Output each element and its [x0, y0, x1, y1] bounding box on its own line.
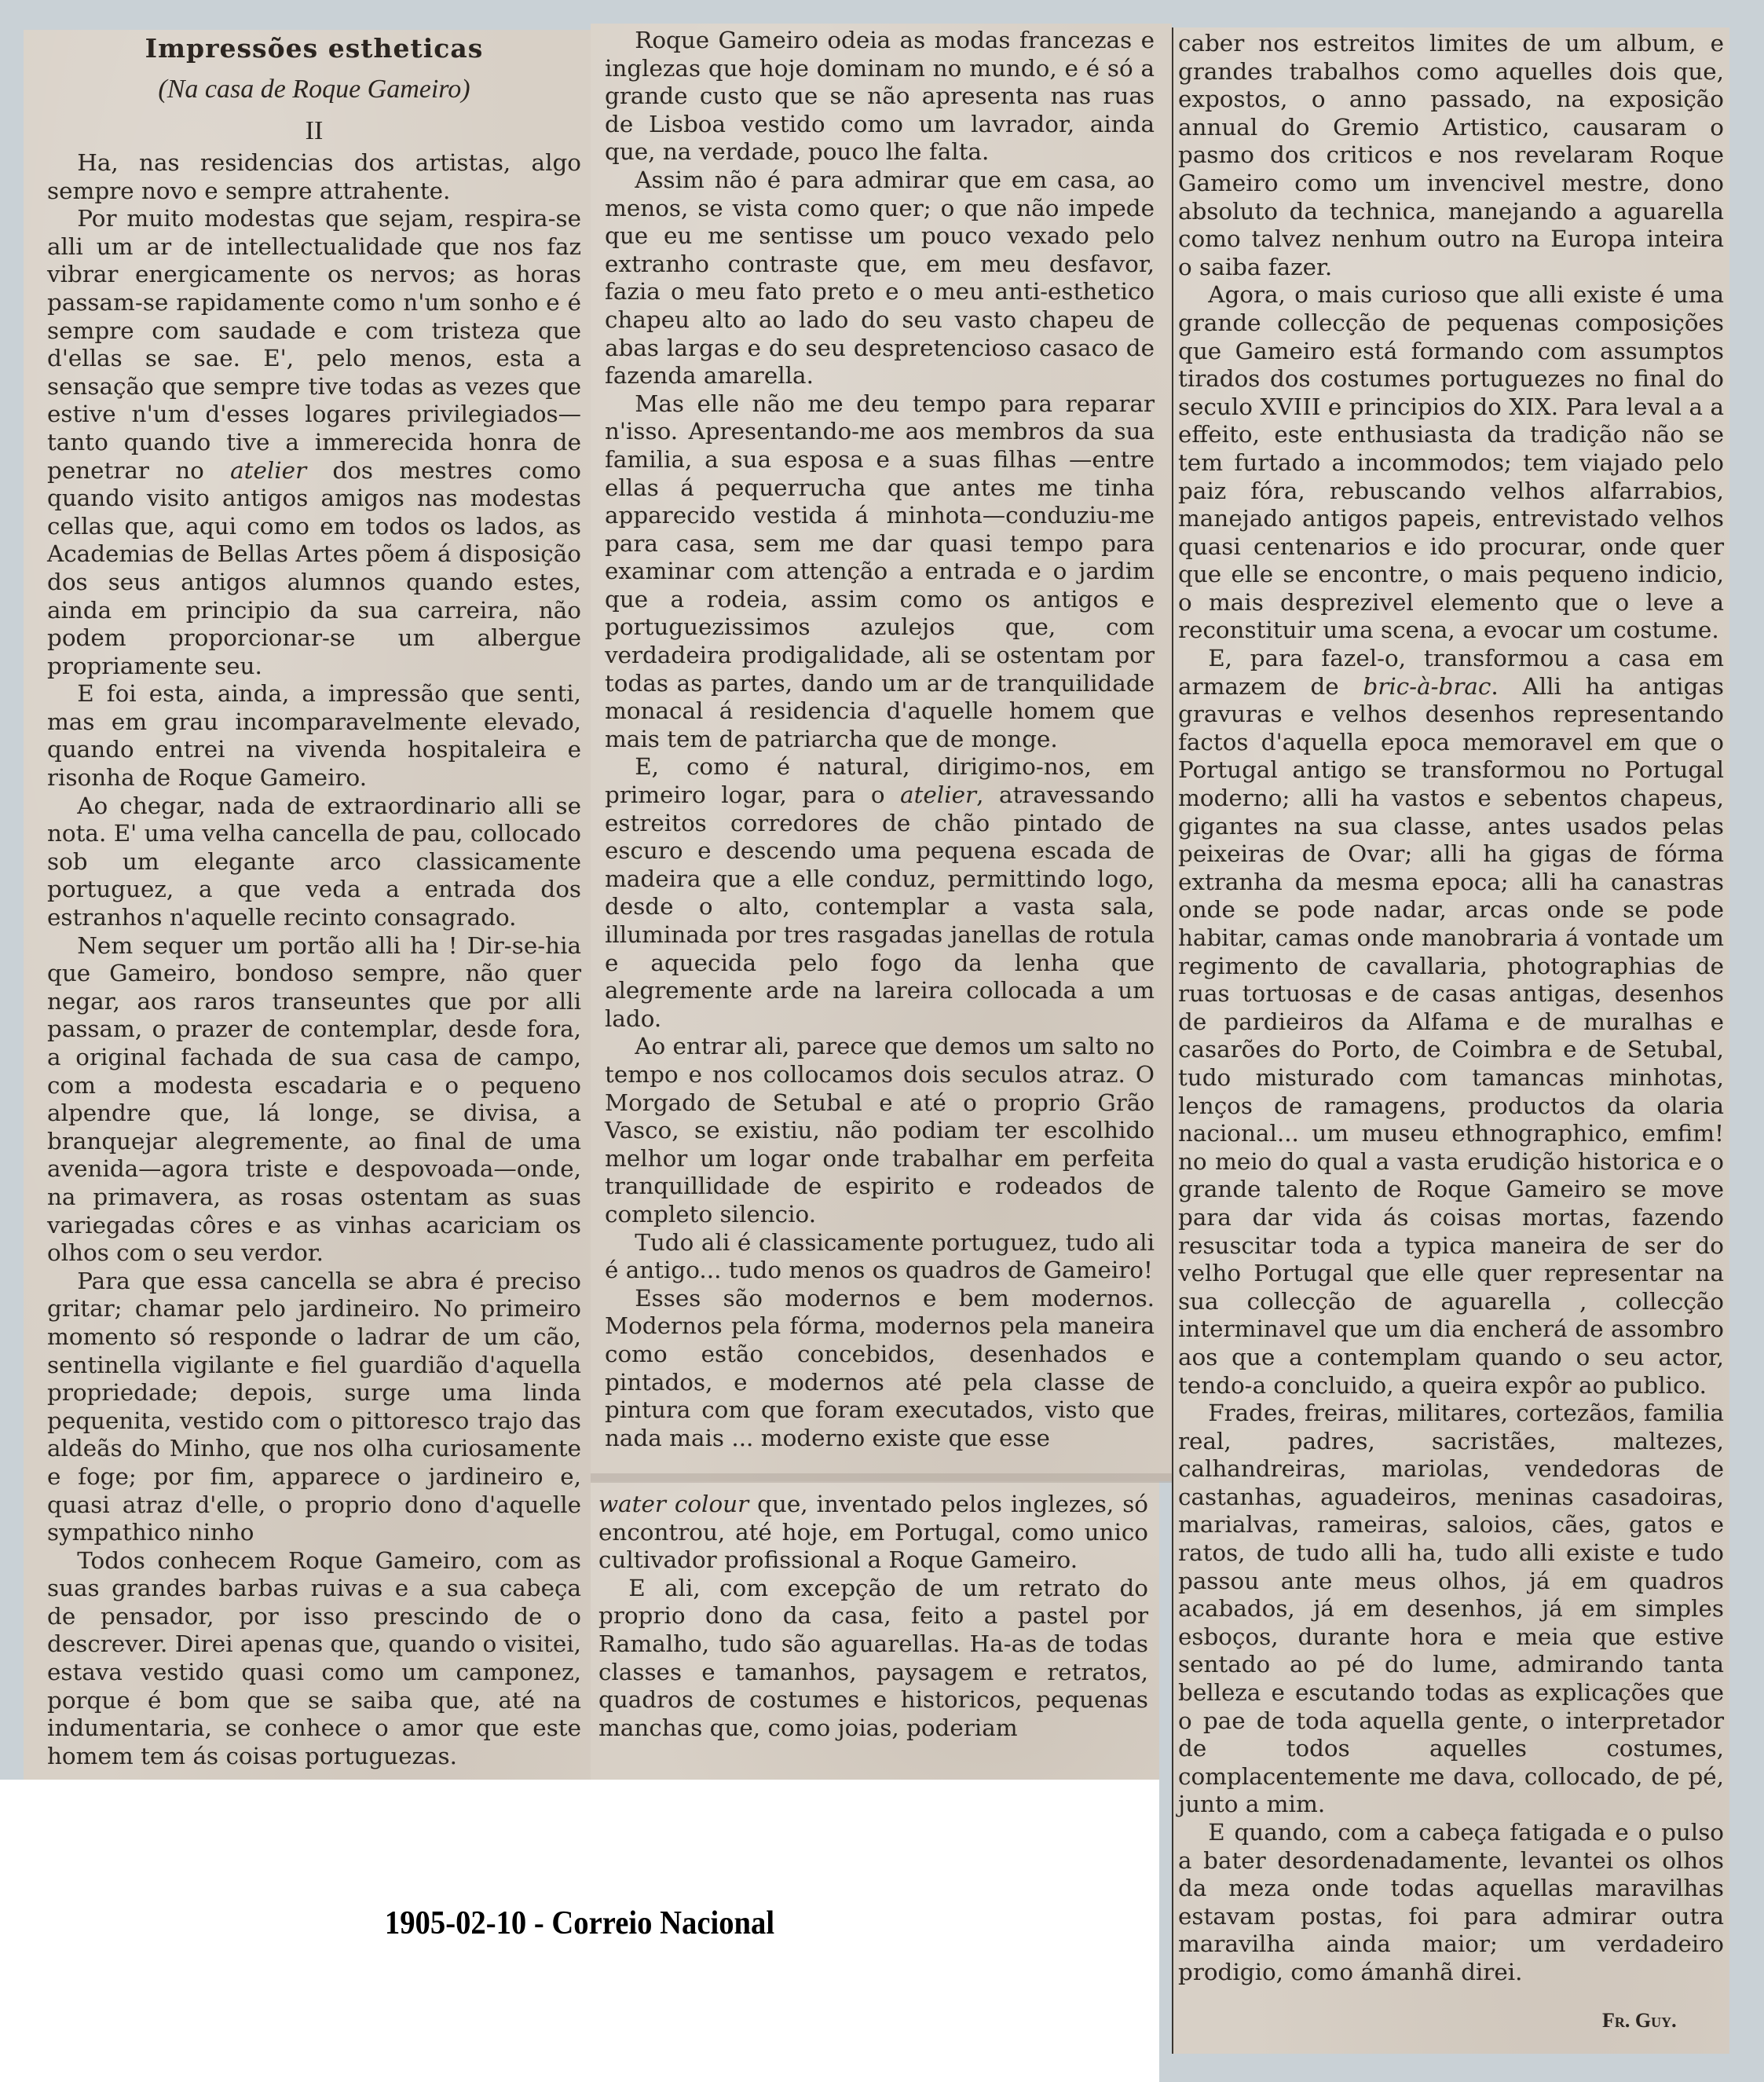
paragraph: Ao entrar ali, parece que demos um salto…: [605, 1033, 1155, 1228]
column-2-text: Roque Gameiro odeia as modas francezas e…: [605, 27, 1155, 1452]
paragraph: Frades, freiras, militares, cortezãos, f…: [1178, 1400, 1724, 1819]
paragraph: Ha, nas residencias dos artistas, algo s…: [47, 149, 581, 205]
paragraph: E, como é natural, dirigimo-nos, em prim…: [605, 753, 1155, 1033]
article-subtitle: (Na casa de Roque Gameiro): [47, 75, 581, 104]
paragraph: caber nos estreitos limites de um album,…: [1178, 30, 1724, 281]
paragraph: water colour que, inventado pelos inglez…: [598, 1491, 1148, 1575]
paragraph: Mas elle não me deu tempo para reparar n…: [605, 390, 1155, 754]
paragraph: Esses são modernos e bem modernos. Moder…: [605, 1285, 1155, 1453]
column-2-lower-text: water colour que, inventado pelos inglez…: [598, 1491, 1148, 1742]
paragraph: Para que essa cancella se abra é preciso…: [47, 1268, 581, 1547]
paragraph: Nem sequer um portão alli ha ! Dir-se-hi…: [47, 932, 581, 1268]
paragraph: Assim não é para admirar que em casa, ao…: [605, 166, 1155, 390]
column-3-text: caber nos estreitos limites de um album,…: [1178, 30, 1724, 1987]
paragraph: E quando, com a cabeça fatigada e o puls…: [1178, 1819, 1724, 1987]
paper-fold: [591, 1473, 1172, 1483]
paragraph: E ali, com excepção de um retrato do pro…: [598, 1575, 1148, 1743]
paragraph: Tudo ali é classicamente portuguez, tudo…: [605, 1229, 1155, 1285]
paragraph: Roque Gameiro odeia as modas francezas e…: [605, 27, 1155, 166]
paragraph: Por muito modestas que sejam, respira-se…: [47, 205, 581, 680]
paragraph: Agora, o mais curioso que alli existe é …: [1178, 281, 1724, 645]
article-title: Impressões estheticas: [47, 33, 581, 64]
paragraph: Ao chegar, nada de extraordinario alli s…: [47, 792, 581, 932]
paragraph: Todos conhecem Roque Gameiro, com as sua…: [47, 1547, 581, 1771]
column-1-text: Ha, nas residencias dos artistas, algo s…: [47, 149, 581, 1770]
paragraph: E, para fazel-o, transformou a casa em a…: [1178, 645, 1724, 1400]
paragraph: E foi esta, ainda, a impressão que senti…: [47, 680, 581, 792]
author-signature: Fr. Guy.: [1602, 2009, 1677, 2033]
source-caption: 1905-02-10 - Correio Nacional: [46, 1905, 1113, 1942]
article-part-number: II: [47, 116, 581, 146]
